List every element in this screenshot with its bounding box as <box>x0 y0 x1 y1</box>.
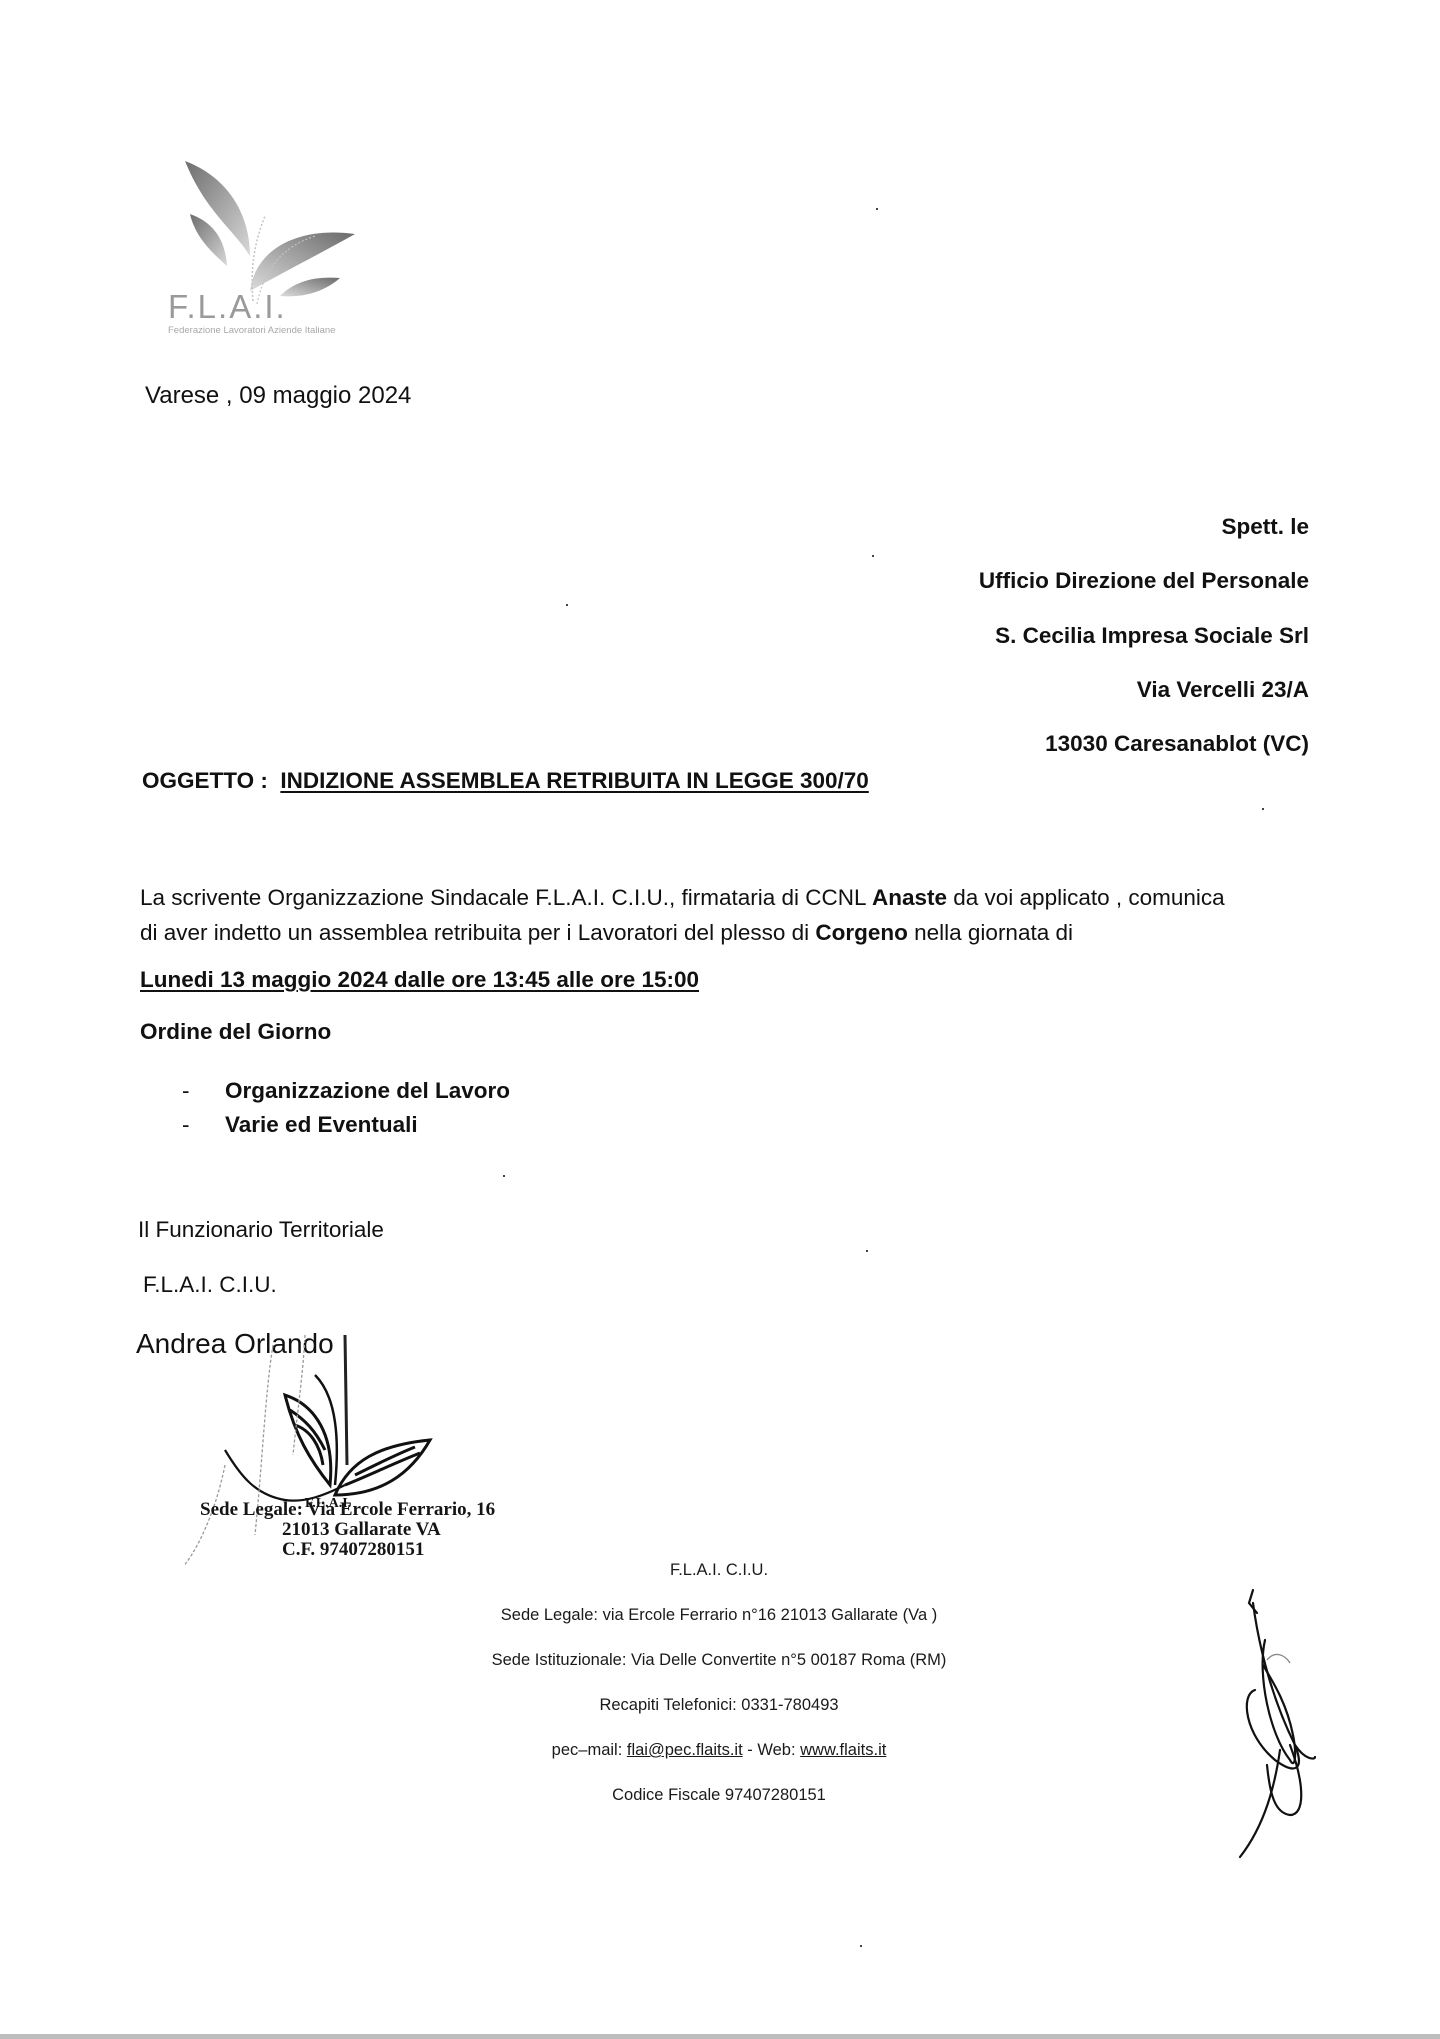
logo-subtitle: Federazione Lavoratori Aziende Italiane <box>168 325 335 336</box>
handwritten-signature-icon <box>1235 1585 1335 1860</box>
agenda-item-text: Organizzazione del Lavoro <box>225 1078 510 1103</box>
subject-text: INDIZIONE ASSEMBLEA RETRIBUITA IN LEGGE … <box>280 768 868 793</box>
footer-phone: Recapiti Telefonici: 0331-780493 <box>419 1683 1019 1728</box>
body-line-1: La scrivente Organizzazione Sindacale F.… <box>140 880 1225 915</box>
scan-edge-band <box>0 2034 1440 2039</box>
footer-legal-seat: Sede Legale: via Ercole Ferrario n°16 21… <box>419 1593 1019 1638</box>
footer-institutional-seat: Sede Istituzionale: Via Delle Convertite… <box>419 1638 1019 1683</box>
bullet-dash: - <box>182 1074 225 1108</box>
location-name: Corgeno <box>815 920 908 945</box>
body-text: di aver indetto un assemblea retribuita … <box>140 920 815 945</box>
footer-org: F.L.A.I. C.I.U. <box>419 1548 1019 1593</box>
recipient-city: 13030 Caresanablot (VC) <box>979 717 1309 771</box>
footer-tax-code: Codice Fiscale 97407280151 <box>419 1773 1019 1818</box>
subject-label: OGGETTO : <box>142 768 268 793</box>
pec-label: pec–mail: <box>552 1741 627 1759</box>
agenda-item: -Organizzazione del Lavoro <box>182 1074 510 1108</box>
agenda-item: -Varie ed Eventuali <box>182 1108 510 1142</box>
bullet-dash: - <box>182 1108 225 1142</box>
pec-email-link[interactable]: flai@pec.flaits.it <box>627 1741 743 1759</box>
signatory-org: F.L.A.I. C.I.U. <box>143 1272 277 1298</box>
footer-contacts: pec–mail: flai@pec.flaits.it - Web: www.… <box>419 1728 1019 1773</box>
recipient-company: S. Cecilia Impresa Sociale Srl <box>979 609 1309 663</box>
scan-speck <box>503 1175 505 1177</box>
web-label: - Web: <box>743 1741 800 1759</box>
body-text: da voi applicato , comunica <box>947 885 1225 910</box>
website-link[interactable]: www.flaits.it <box>800 1741 886 1759</box>
agenda-list: -Organizzazione del Lavoro -Varie ed Eve… <box>182 1074 510 1142</box>
letterhead-footer: F.L.A.I. C.I.U. Sede Legale: via Ercole … <box>419 1548 1019 1818</box>
recipient-salutation: Spett. le <box>979 500 1309 554</box>
agenda-item-text: Varie ed Eventuali <box>225 1112 418 1137</box>
date-line: Varese , 09 maggio 2024 <box>145 382 411 410</box>
subject-line: OGGETTO : INDIZIONE ASSEMBLEA RETRIBUITA… <box>142 768 869 794</box>
stamp-line: 21013 Gallarate VA <box>200 1520 495 1540</box>
body-line-2: di aver indetto un assemblea retribuita … <box>140 915 1225 950</box>
scan-speck <box>866 1250 868 1252</box>
signatory-role: Il Funzionario Territoriale <box>138 1217 384 1243</box>
body-text: nella giornata di <box>908 920 1073 945</box>
stamp-line: Sede Legale: Via Ercole Ferrario, 16 <box>200 1500 495 1520</box>
body-paragraph: La scrivente Organizzazione Sindacale F.… <box>140 880 1225 950</box>
ccnl-name: Anaste <box>872 885 947 910</box>
scan-speck <box>860 1945 862 1947</box>
logo-text: F.L.A.I. <box>168 288 287 326</box>
body-text: La scrivente Organizzazione Sindacale F.… <box>140 885 872 910</box>
agenda-title: Ordine del Giorno <box>140 1019 331 1045</box>
recipient-street: Via Vercelli 23/A <box>979 663 1309 717</box>
recipient-address: Spett. le Ufficio Direzione del Personal… <box>979 500 1309 771</box>
scan-speck <box>1262 808 1264 810</box>
scan-speck <box>872 555 874 557</box>
meeting-datetime: Lunedi 13 maggio 2024 dalle ore 13:45 al… <box>140 967 699 993</box>
scan-speck <box>566 604 568 606</box>
recipient-office: Ufficio Direzione del Personale <box>979 554 1309 608</box>
scan-speck <box>876 208 878 210</box>
